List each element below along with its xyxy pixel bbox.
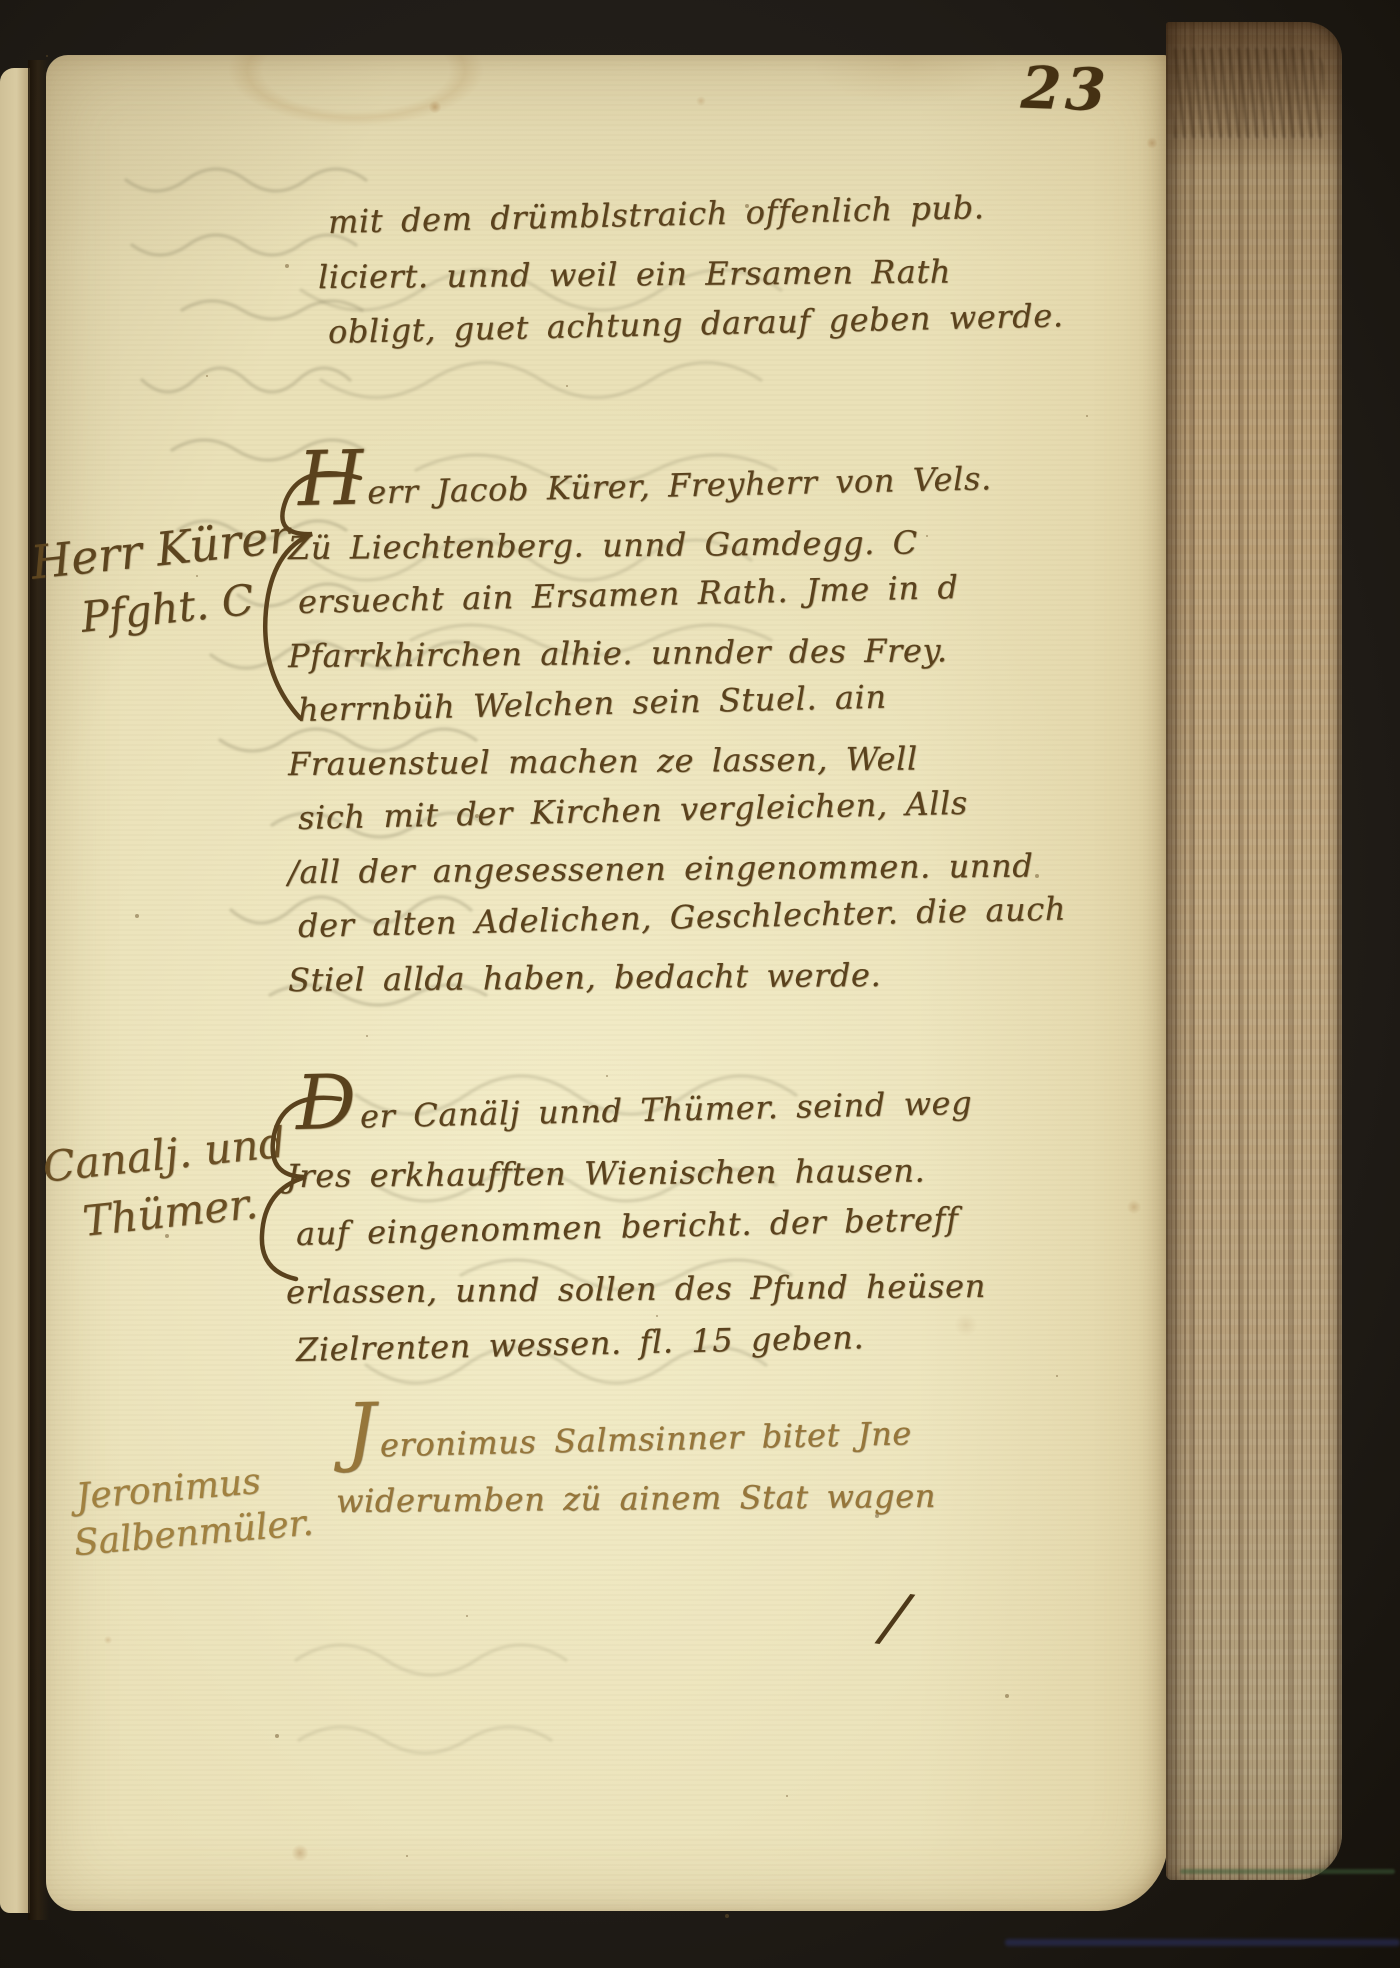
manuscript-line: Jeronimus Salmsinner bitet Jne bbox=[345, 1391, 946, 1474]
manuscript-scan: 23 mit dem drümblstraich offenlich pub. … bbox=[0, 0, 1400, 1968]
manuscript-line: Stiel allda haben, bedacht werde. bbox=[288, 946, 1057, 1007]
entry-herr-kuerer: Herr Jacob Kürer, Freyherr von Vels. Zü … bbox=[298, 453, 1066, 1007]
folio-number: 23 bbox=[1020, 53, 1111, 124]
scanner-artifact-green bbox=[1180, 1869, 1395, 1874]
entry-canali-thurner: Der Canälj unnd Thümer. seind weg Jres e… bbox=[296, 1077, 996, 1379]
facing-page-edge bbox=[0, 68, 30, 1913]
margin-note-canali-thurner: Canalj. und Thümer. bbox=[40, 1114, 294, 1255]
manuscript-line: mit dem drümblstraich offenlich pub. bbox=[327, 178, 1064, 250]
manuscript-line: widerumben zü ainem Stat wagen bbox=[336, 1469, 936, 1529]
manuscript-page: 23 mit dem drümblstraich offenlich pub. … bbox=[46, 55, 1168, 1911]
manuscript-line: Herr Jacob Kürer, Freyherr von Vels. bbox=[297, 436, 1066, 521]
entry-jeronimus: Jeronimus Salmsinner bitet Jne widerumbe… bbox=[346, 1405, 946, 1529]
end-stroke-mark: / bbox=[878, 1578, 912, 1658]
margin-note-herr-kuerer: Herr Kürer Pfght. C bbox=[28, 506, 299, 653]
manuscript-line: Der Canälj unnd Thümer. seind weg bbox=[295, 1061, 996, 1147]
entry-publication-note: mit dem drümblstraich offenlich pub. lic… bbox=[328, 195, 1064, 360]
bleed-through-ink bbox=[166, 1620, 586, 1820]
margin-note-jeronimus: Jeronimus Salbenmüler. bbox=[74, 1455, 315, 1567]
book-fore-edge bbox=[1166, 22, 1342, 1880]
scanner-artifact-blue bbox=[1005, 1939, 1400, 1946]
page-edge-curls bbox=[1174, 48, 1324, 138]
